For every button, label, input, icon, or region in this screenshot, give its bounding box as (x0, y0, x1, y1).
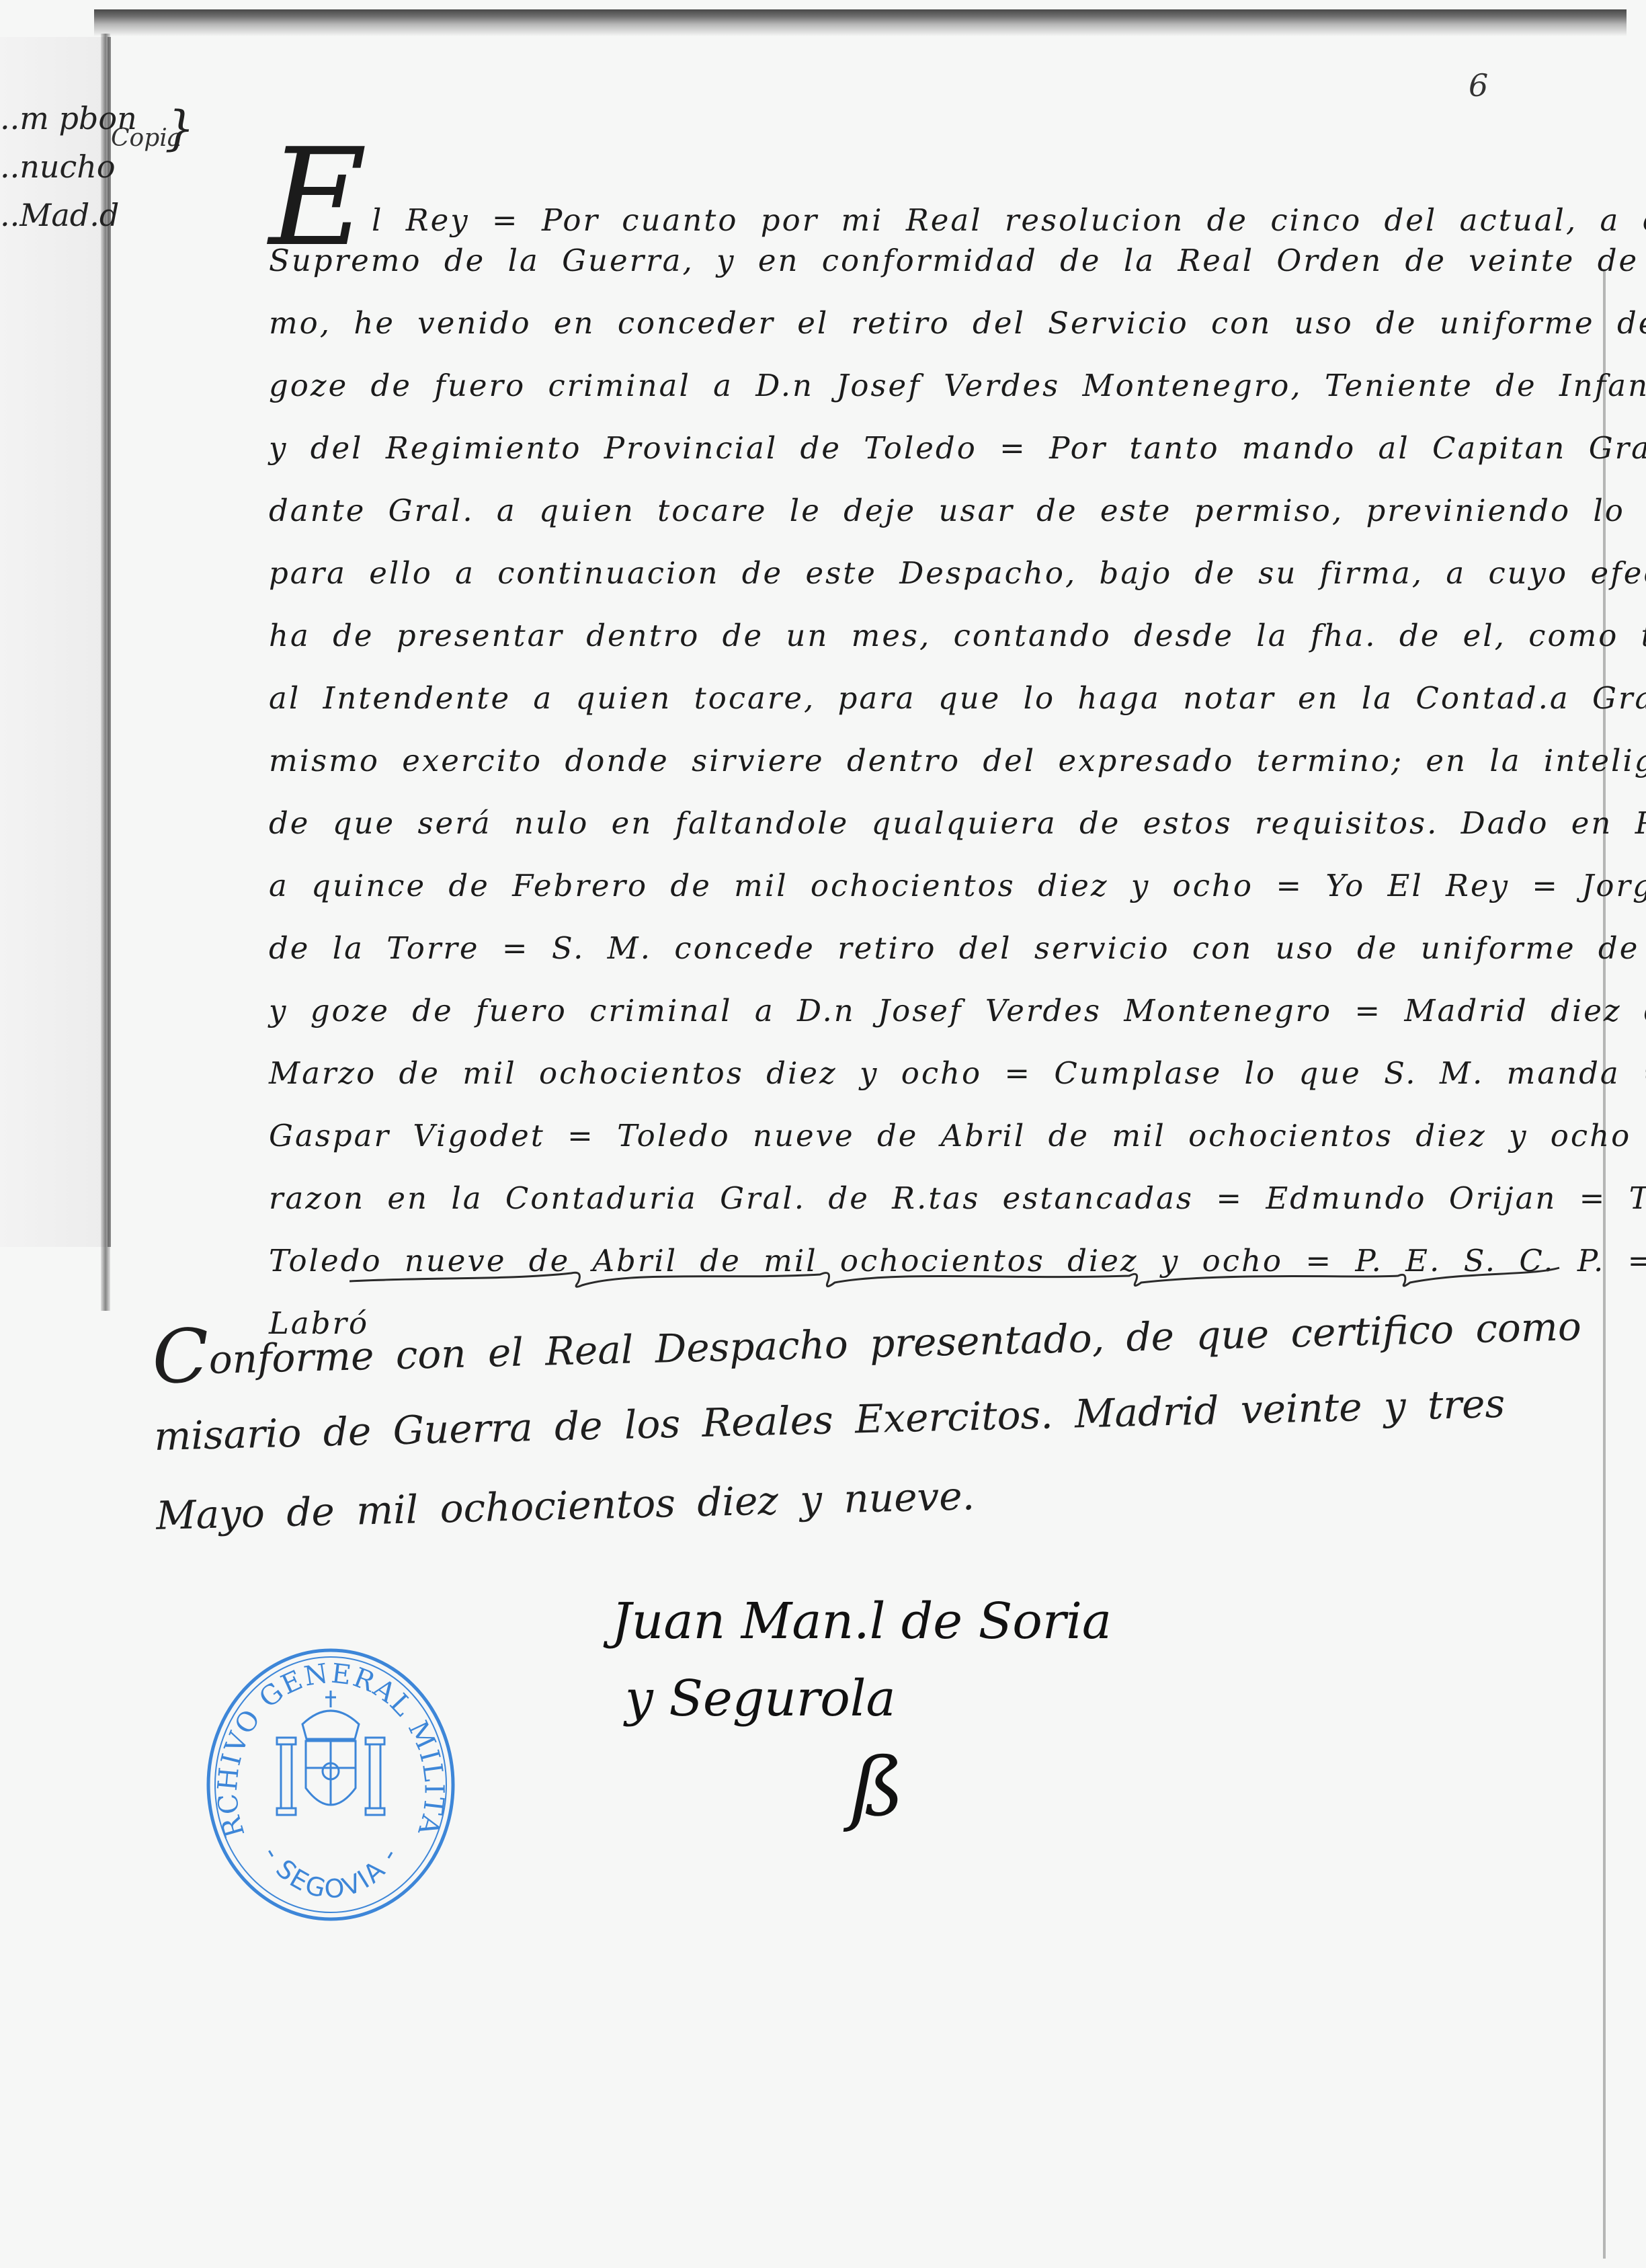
page-top-edge (94, 9, 1627, 36)
dispatch-line: ha de presentar dentro de un mes, contan… (269, 604, 1606, 667)
dispatch-line: Gaspar Vigodet = Toledo nueve de Abril d… (269, 1104, 1606, 1167)
flourish-rule (349, 1262, 1573, 1289)
dispatch-line: y goze de fuero criminal a D.n Josef Ver… (269, 979, 1606, 1042)
margin-brace: } (165, 101, 195, 156)
signature-surname: y Segurola (612, 1660, 1112, 1738)
coat-of-arms-icon (277, 1691, 384, 1815)
dispatch-line: El Rey = Por cuanto por mi Real resoluci… (269, 167, 1606, 229)
dispatch-line: mo, he venido en conceder el retiro del … (269, 292, 1606, 354)
signature-name: Juan Man.l de Soria (612, 1583, 1112, 1660)
svg-text:- SEGOVIA -: - SEGOVIA - (257, 1841, 405, 1904)
folio-number: 6 (1469, 67, 1488, 104)
dropcap-c: C (151, 1313, 210, 1400)
dispatch-line: mismo exercito donde sirviere dentro del… (269, 729, 1606, 792)
stamp-seal-icon: ARCHIVO GENERAL MILITAR - SEGOVIA - (202, 1644, 460, 1926)
dispatch-line: y del Regimiento Provincial de Toledo = … (269, 417, 1606, 479)
dispatch-line: al Intendente a quien tocare, para que l… (269, 667, 1606, 729)
dispatch-line: dante Gral. a quien tocare le deje usar … (269, 479, 1606, 542)
dispatch-line: a quince de Febrero de mil ochocientos d… (269, 854, 1606, 917)
dispatch-line: Supremo de la Guerra, y en conformidad d… (269, 229, 1606, 292)
dispatch-line: de la Torre = S. M. concede retiro del s… (269, 917, 1606, 979)
dispatch-line: goze de fuero criminal a D.n Josef Verde… (269, 354, 1606, 417)
dispatch-line: Marzo de mil ochocientos diez y ocho = C… (269, 1042, 1606, 1104)
archive-stamp: ARCHIVO GENERAL MILITAR - SEGOVIA - (202, 1644, 460, 1926)
margin-note: ..m pbon ..nucho ..Mad.d (0, 94, 114, 239)
margin-note-line: ..nucho (0, 143, 114, 191)
margin-note-line: ..m pbon (0, 94, 114, 143)
signature-block: Juan Man.l de Soria y Segurola (612, 1583, 1112, 1738)
dispatch-line: razon en la Contaduria Gral. de R.tas es… (269, 1167, 1606, 1229)
dispatch-line: de que será nulo en faltandole qualquier… (269, 792, 1606, 854)
signature-rubric: ß (850, 1741, 904, 1834)
royal-dispatch-text: El Rey = Por cuanto por mi Real resoluci… (269, 167, 1606, 1354)
certification-text: Conforme con el Real Despacho presentado… (151, 1283, 1595, 1555)
margin-note-line: ..Mad.d (0, 191, 114, 239)
dispatch-line: para ello a continuacion de este Despach… (269, 542, 1606, 604)
svg-text:ARCHIVO GENERAL MILITAR: ARCHIVO GENERAL MILITAR (202, 1644, 450, 1841)
